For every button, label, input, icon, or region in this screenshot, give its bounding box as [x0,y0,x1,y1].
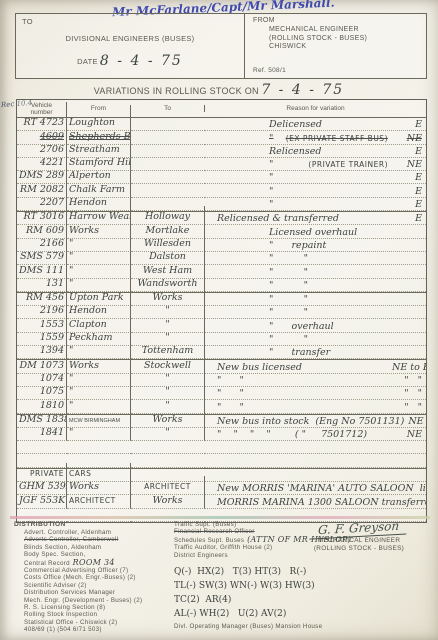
distribution-item: Distribution Services Manager [24,589,174,596]
reason-cell: " " [205,280,426,292]
reason-text: " " " " ( " 7501712) [207,429,388,440]
distribution-item: Statistical Office - Chiswick (2) [24,619,174,626]
distribution-left-list: Advert. Controller, AldenhamAdverts Cont… [24,529,174,634]
footer-distribution: DISTRIBUTION Advert. Controller, Aldenha… [14,521,430,528]
table-row [17,441,426,454]
to-cell [131,170,205,171]
distribution-item: Advert. Controller, Aldenham [24,529,174,536]
vehicle-number-cell [17,453,67,454]
reason-cell: " "" " [205,388,426,400]
reason-cell: New bus into stock (Eng No 7501131)NE [205,416,426,428]
reason-text: Delicensed [207,119,388,130]
reason-text: " " [207,375,388,386]
reason-text: " " [207,294,388,305]
from-cell: ARCHITECT [67,490,131,509]
status-code: NE [408,416,425,427]
to-cell: Works [131,490,205,509]
distribution-item: R. S. Licensing Section (8) [24,604,174,611]
reason-cell: New bus licensedNE to E [205,362,426,374]
reason-cell: Licensed overhaul [205,227,426,239]
status-code: E [392,213,424,224]
reason-text: New bus licensed [207,362,388,373]
from-label: FROM [253,17,275,24]
reason-text: " overhaul [207,321,388,332]
divl-operating-manager-line: Divl. Operating Manager (Buses) Mansion … [174,623,344,630]
distribution-item: Rolling Stock Inspection [24,611,174,618]
to-label: TO [22,17,33,26]
scan-artifact-stripe [10,516,430,519]
to-cell [131,183,205,184]
to-value: DIVISIONAL ENGINEERS (BUSES) [16,34,244,43]
reason-text: " " [207,388,388,399]
status-code: E [392,119,424,130]
status-code [392,321,424,332]
reason-text: " [207,186,388,197]
status-code: E [392,172,424,183]
reason-text: New bus into stock (Eng No 7501131) [207,416,404,427]
from-line-1: MECHANICAL ENGINEER [269,26,367,35]
reason-cell: " "" " [205,402,426,414]
reason-text: " " [207,402,388,413]
reason-text: " [207,159,308,170]
status-code: E [392,186,424,197]
reason-text: Relicensed & transferred [207,213,388,224]
table-row: 1841""" " " " ( " 7501712)NE [17,428,426,441]
reason-cell: "E [205,172,426,184]
reason-text: " [207,133,286,144]
reason-cell: " " [205,294,426,306]
to-cell: " [131,422,205,441]
header-to-cell: TO DIVISIONAL ENGINEERS (BUSES) DATE 8 -… [16,14,245,78]
reason-cell: MORRIS MARINA 1300 SALOON transferred & … [205,497,426,509]
reason-cell [205,481,426,482]
distribution-item: Adverts Controller, Camberwell [24,536,174,543]
status-code [392,267,424,278]
date-label: DATE [77,57,98,66]
reason-cell: " "" " [205,375,426,387]
status-code: NE [392,159,424,170]
status-code: NE [392,429,424,440]
status-code: " " [392,375,424,386]
reason-cell: " " [205,307,426,319]
reason-text: Licensed overhaul [207,227,388,238]
distribution-item: District Engineers [174,552,344,559]
to-cell [131,197,205,198]
reason-cell: DelicensedE [205,119,426,131]
reason-text: " " [207,307,388,318]
reason-cell: "E [205,199,426,211]
to-cell [131,467,205,468]
district-code-line: TL(-) SW(3) WN(-) W(3) HW(3) [174,579,344,593]
reason-text: " [207,199,388,210]
header-from-cell: FROM MECHANICAL ENGINEER (ROLLING STOCK … [245,14,426,78]
reason-cell: Relicensed & transferredE [205,213,426,225]
reason-cell: " " [205,253,426,265]
reason-cell: " " [205,334,426,346]
status-code [392,253,424,264]
header-box: TO DIVISIONAL ENGINEERS (BUSES) DATE 8 -… [15,13,427,79]
date-value-handwritten: 8 - 4 - 75 [100,53,183,69]
distribution-item: Central Record ROOM 34 [24,559,174,567]
distribution-item: Costs Office (Mech. Engr.-Buses) (2) [24,574,174,581]
to-cell [131,453,205,454]
reason-text: " " [207,267,388,278]
reason-text: " transfer [207,347,388,358]
district-code-line: TC(2) AR(4) [174,593,344,607]
variations-table: Vehiclenumber From To Reason for variati… [16,99,427,523]
status-code: NE to E [392,362,424,373]
reason-cell: " " [205,267,426,279]
to-cell [131,130,205,131]
reason-cell: " transfer [205,347,426,359]
title-date-handwritten: 7 - 4 - 75 [261,82,344,98]
from-value: MECHANICAL ENGINEER (ROLLING STOCK - BUS… [269,26,367,52]
reason-text: Relicensed [207,146,388,157]
col-header-to: To [131,105,205,112]
distribution-item: Scientific Adviser (2) [24,582,174,589]
distribution-item: 408/69 (1) (504 6/71 503) [24,626,174,633]
from-cell: " [67,422,131,441]
status-code: NE [392,133,424,144]
status-code [392,347,424,358]
reason-text: " [207,172,388,183]
variations-table-body: RT 4723LoughtonDelicensedE4609Shepherds … [17,118,426,522]
reason-cell [205,467,426,468]
col-header-from: From [67,105,131,112]
reason-cell: "E [205,186,426,198]
ref-number: Ref. 508/1 [253,67,286,74]
reason-text: MORRIS MARINA 1300 SALOON transferred & … [207,497,426,508]
status-code [392,240,424,251]
status-code [392,334,424,345]
status-code [392,280,424,291]
reason-cell: " repaint [205,240,426,252]
status-code [392,294,424,305]
from-cell [67,453,131,454]
reason-cell: New MORRIS 'MARINA' AUTO SALOON licensed [205,483,426,495]
handwritten-addition: ROOM 34 [70,558,115,567]
reason-cell [205,453,426,454]
reason-parenthetical: (EX PRIVATE STAFF BUS) [286,133,388,144]
district-code-line: AL(-) WH(2) U(2) AV(2) [174,607,344,621]
reason-text: " " [207,280,388,291]
vehicle-number-cell: 1841 [17,422,67,441]
reason-cell: " overhaul [205,321,426,333]
reason-text: " " [207,334,388,345]
status-code [392,307,424,318]
to-cell [131,157,205,158]
from-line-3: CHISWICK [269,43,367,52]
status-code: E [392,199,424,210]
status-code: " " [392,388,424,399]
reason-parenthetical: (PRIVATE TRAINER) [308,159,388,170]
signature-block: G. F. Greyson MECHANICAL ENGINEER (ROLLI… [294,521,424,552]
district-code-line: Q(-) HX(2) T(3) HT(3) R(-) [174,565,344,579]
reason-text: " repaint [207,240,388,251]
signature-title-2: (ROLLING STOCK - BUSES) [294,545,424,553]
reason-cell: "(PRIVATE TRAINER)NE [205,159,426,171]
title-text: VARIATIONS IN ROLLING STOCK ON [94,86,259,96]
scanned-paper: Mr McFarlane/Capt/Mr Marshall. TO DIVISI… [0,0,438,640]
reason-cell: RelicensedE [205,146,426,158]
document-title: VARIATIONS IN ROLLING STOCK ON 7 - 4 - 7… [0,82,438,98]
reason-cell: "(EX PRIVATE STAFF BUS)NE [205,133,426,145]
distribution-item: Commercial Advertising Officer (7) [24,567,174,574]
reason-cell: " " " " ( " 7501712)NE [205,429,426,441]
reason-text: New MORRIS 'MARINA' AUTO SALOON licensed [207,483,426,494]
table-row: JGF 553KARCHITECTWorksMORRIS MARINA 1300… [17,495,426,508]
distribution-item: Mech. Engr. (Development - Buses) (2) [24,597,174,604]
vehicle-number-cell: JGF 553K [17,490,67,509]
to-cell [131,144,205,145]
district-engineer-codes: Q(-) HX(2) T(3) HT(3) R(-)TL(-) SW(3) WN… [174,565,344,621]
from-line-2: (ROLLING STOCK - BUSES) [269,35,367,44]
status-code: E [392,146,424,157]
col-header-reason: Reason for variation [205,105,426,112]
distribution-item: Blinds Section, Aldenham [24,544,174,551]
status-code [392,227,424,238]
reason-text: " " [207,253,388,264]
status-code: " " [392,402,424,413]
